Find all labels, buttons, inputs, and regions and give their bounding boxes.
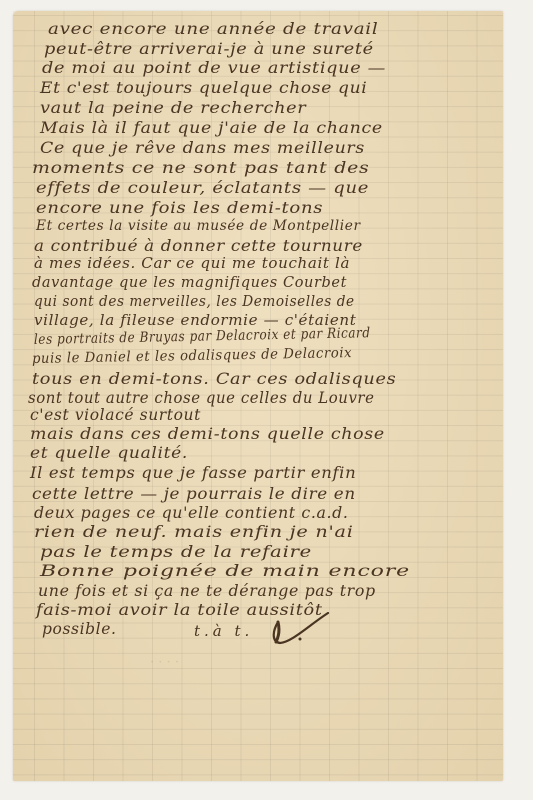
letter-line: qui sont des merveilles, les Demoiselles… bbox=[34, 294, 355, 310]
letter-line: Mais là il faut que j'aie de la chance bbox=[40, 119, 383, 137]
letter-line: Il est temps que je fasse partir enfin bbox=[30, 464, 356, 482]
letter-line: davantage que les magnifiques Courbet bbox=[32, 275, 347, 291]
letter-signature bbox=[270, 612, 330, 650]
letter-line: encore une fois les demi-tons bbox=[36, 199, 323, 217]
letter-line: de moi au point de vue artistique — bbox=[42, 59, 386, 77]
letter-line: pas le temps de la refaire bbox=[40, 543, 312, 561]
letter-line: peut-être arriverai-je à une sureté bbox=[44, 40, 374, 58]
letter-line: mais dans ces demi-tons quelle chose bbox=[30, 425, 385, 443]
letter-line: a contribué à donner cette tournure bbox=[34, 237, 363, 255]
letter-closing: t.à t. bbox=[194, 622, 253, 640]
signature-mark-icon bbox=[270, 612, 330, 646]
letter-line: Et c'est toujours quelque chose qui bbox=[40, 79, 367, 97]
letter-line: avec encore une année de travail bbox=[48, 20, 378, 38]
letter-line: une fois et si ça ne te dérange pas trop bbox=[38, 582, 376, 600]
letter-line: vaut la peine de rechercher bbox=[40, 99, 306, 117]
letter-line: Ce que je rêve dans mes meilleurs bbox=[40, 139, 365, 157]
letter-line: effets de couleur, éclatants — que bbox=[36, 179, 369, 197]
letter-body: avec encore une année de travail peut-êt… bbox=[0, 0, 533, 800]
letter-line: Bonne poignée de main encore bbox=[40, 562, 410, 580]
letter-line: moments ce ne sont pas tant des bbox=[32, 159, 369, 177]
letter-line: rien de neuf. mais enfin je n'ai bbox=[34, 523, 354, 541]
letter-line: et quelle qualité. bbox=[30, 444, 188, 462]
letter-line: Et certes la visite au musée de Montpell… bbox=[36, 218, 361, 234]
letter-line: deux pages ce qu'elle contient c.a.d. bbox=[34, 504, 349, 522]
letter-line: sont tout autre chose que celles du Louv… bbox=[28, 389, 375, 407]
letter-line: c'est violacé surtout bbox=[30, 406, 201, 424]
letter-line: possible. bbox=[42, 620, 117, 638]
letter-line: cette lettre — je pourrais le dire en bbox=[32, 485, 356, 503]
letter-line: tous en demi-tons. Car ces odalisques bbox=[32, 370, 396, 388]
letter-line: puis le Daniel et les odalisques de Dela… bbox=[32, 345, 352, 367]
letter-line: à mes idées. Car ce qui me touchait là bbox=[34, 256, 350, 272]
